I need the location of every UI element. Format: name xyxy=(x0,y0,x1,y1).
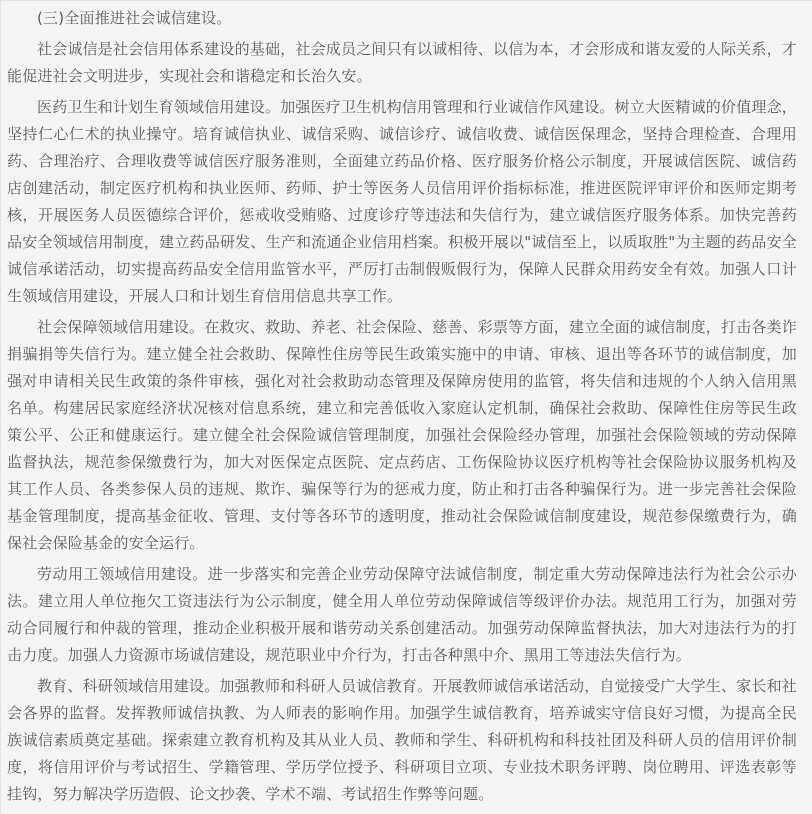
paragraph-social-integrity-intro: 社会诚信是社会信用体系建设的基础，社会成员之间只有以诚相待、以信为本，才会形成和… xyxy=(7,36,797,90)
paragraph-education-research-credit: 教育、科研领域信用建设。加强教师和科研人员诚信教育。开展教师诚信承诺活动，自觉接… xyxy=(7,673,797,808)
paragraph-medical-health-credit: 医药卫生和计划生育领域信用建设。加强医疗卫生机构信用管理和行业诚信作风建设。树立… xyxy=(7,94,797,310)
section-heading: (三)全面推进社会诚信建设。 xyxy=(7,5,797,32)
paragraph-social-security-credit: 社会保障领域信用建设。在救灾、救助、养老、社会保险、慈善、彩票等方面，建立全面的… xyxy=(7,314,797,557)
document-body: (三)全面推进社会诚信建设。 社会诚信是社会信用体系建设的基础，社会成员之间只有… xyxy=(0,0,812,814)
paragraph-labor-employment-credit: 劳动用工领域信用建设。进一步落实和完善企业劳动保障守法诚信制度，制定重大劳动保障… xyxy=(7,561,797,669)
